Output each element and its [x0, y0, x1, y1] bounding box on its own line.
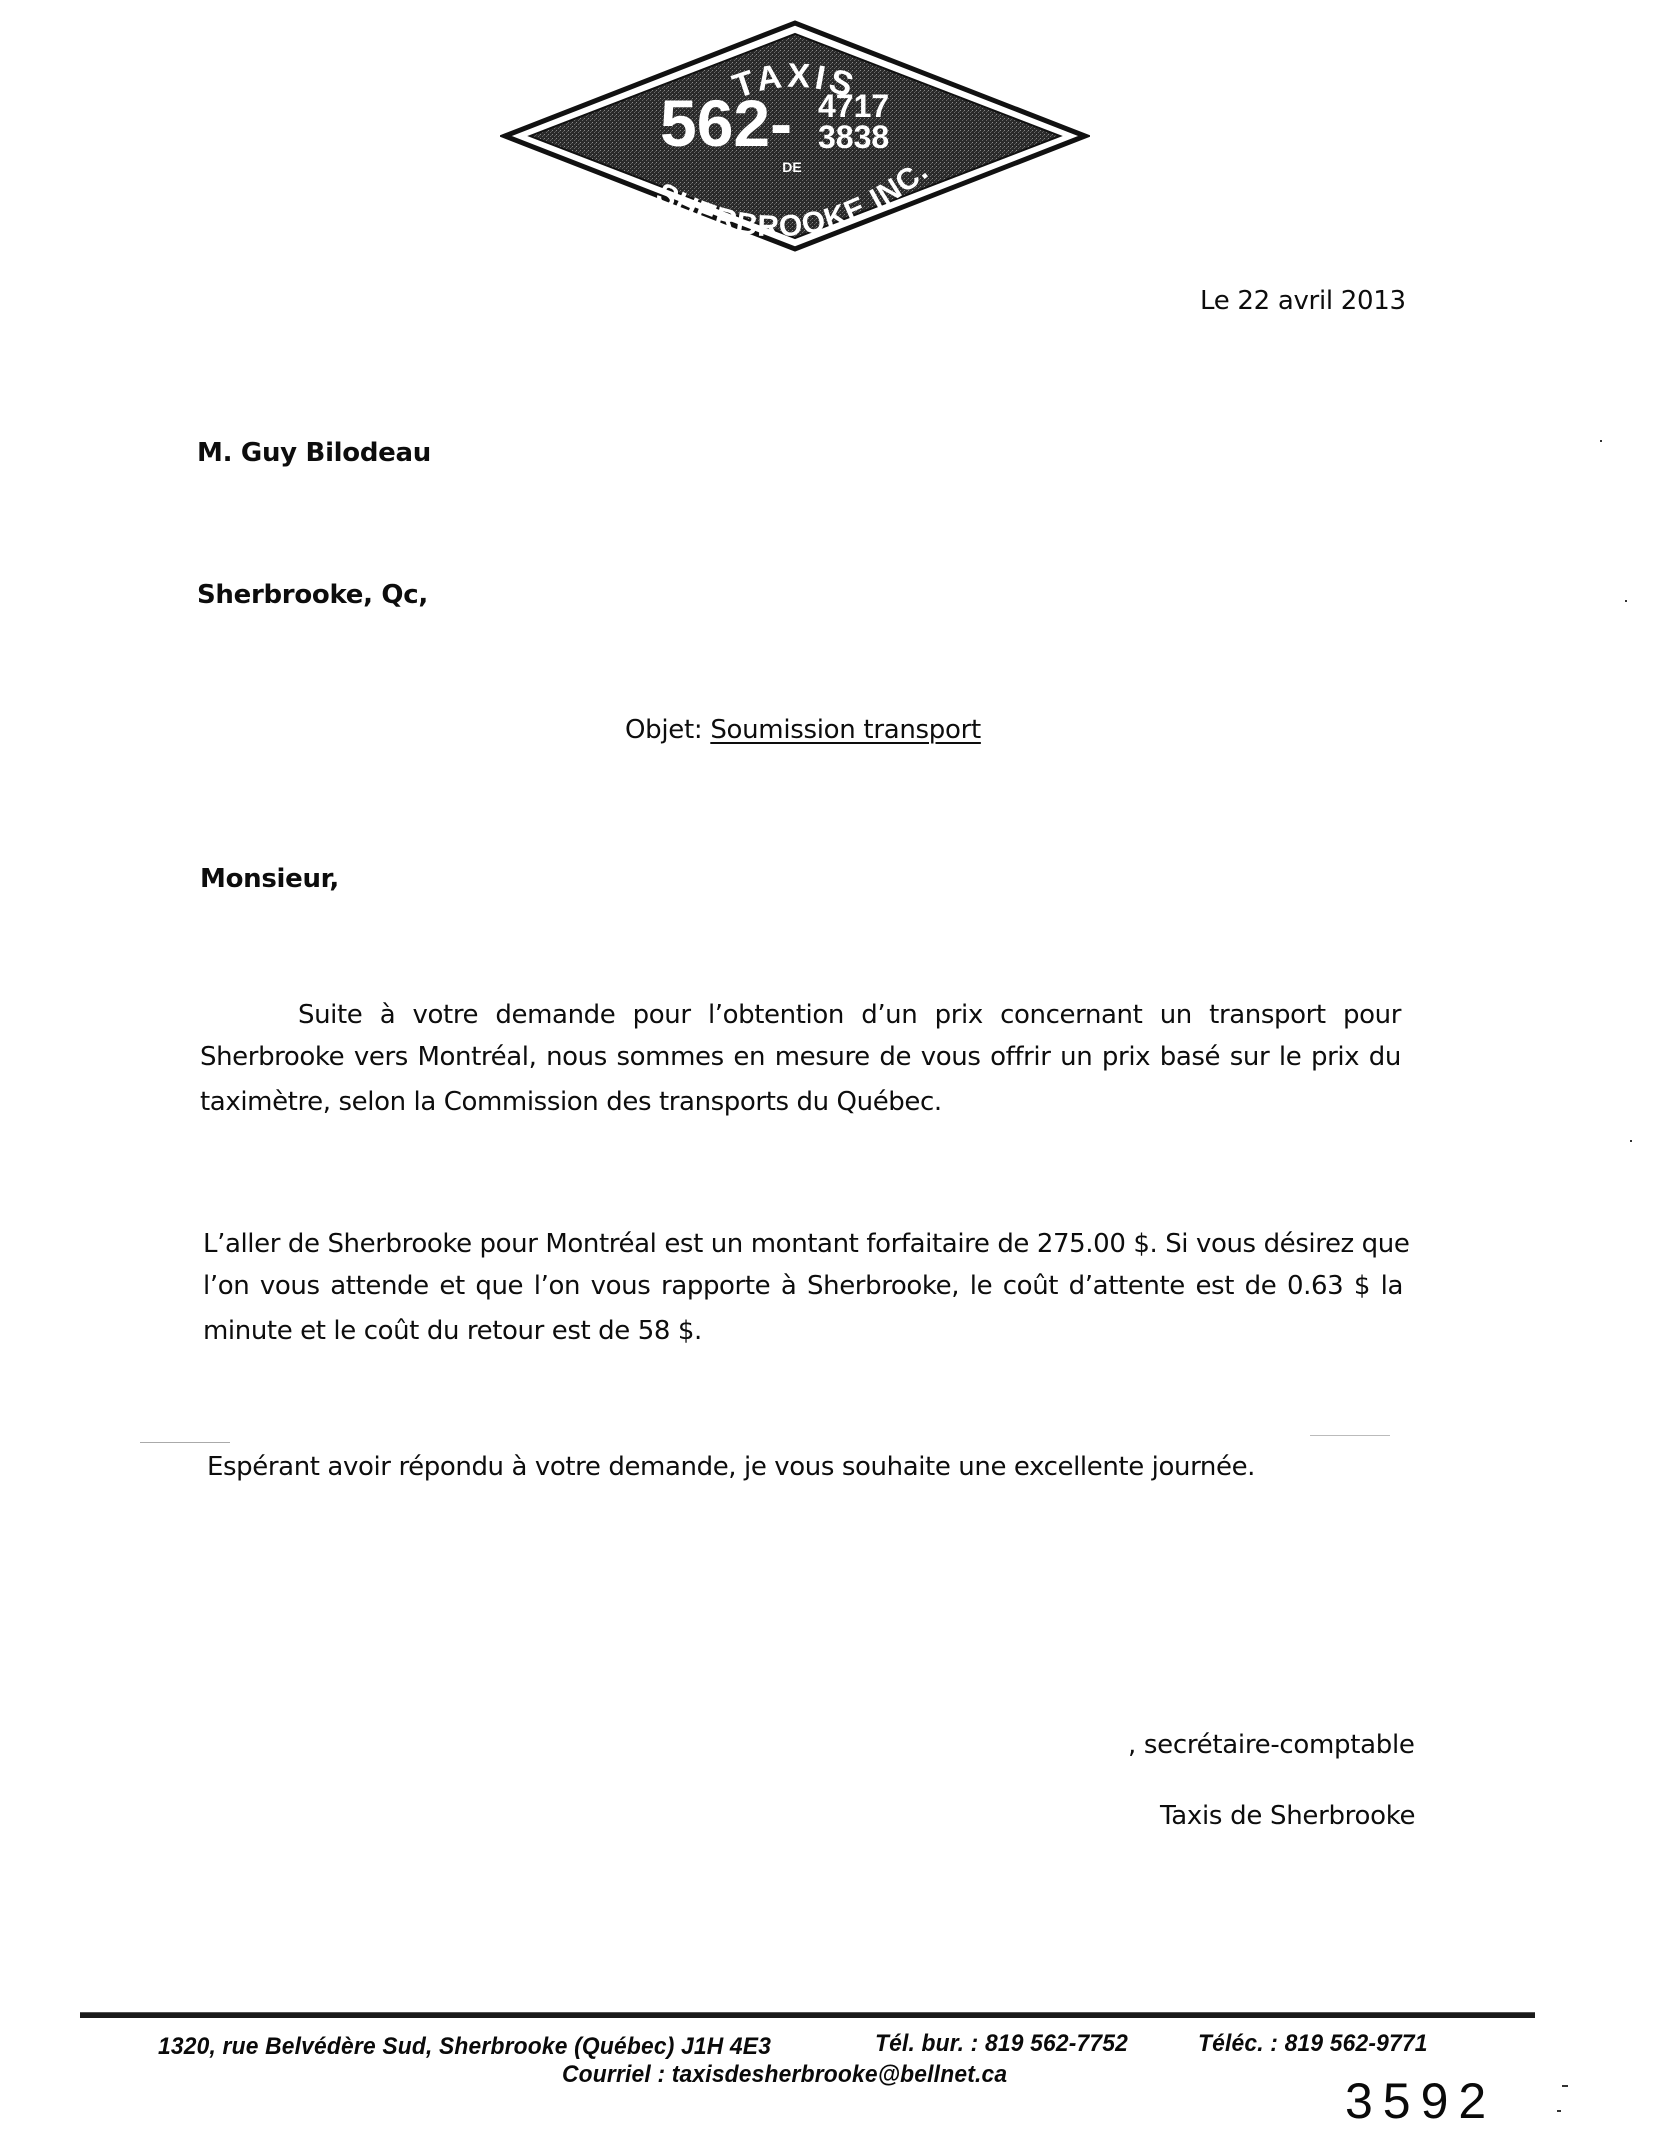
signature-company: Taxis de Sherbrooke [1160, 1803, 1415, 1829]
scan-artifact [140, 1442, 230, 1443]
subject-label: Objet: [625, 715, 702, 745]
logo-phone-2: 3838 [818, 119, 889, 155]
footer-address: 1320, rue Belvédère Sud, Sherbrooke (Qué… [158, 2033, 771, 2061]
subject-value: Soumission transport [710, 715, 981, 745]
footer-phone: Tél. bur. : 819 562-7752 [875, 2030, 1128, 2058]
paragraph-1-line: taximètre, selon la Commission des trans… [200, 1087, 942, 1117]
letter-date: Le 22 avril 2013 [1200, 288, 1406, 314]
logo-phone-prefix: 562- [660, 86, 792, 160]
company-logo: TAXIS 562- 4717 3838 DE SHERBROOKE INC. [500, 18, 1090, 254]
scan-artifact [1600, 440, 1602, 442]
paragraph-1-line: Suite à votre demande pour l’obtention d… [298, 1000, 1401, 1030]
subject-line: Objet: Soumission transport [625, 717, 981, 743]
recipient-city: Sherbrooke, Qc, [197, 582, 428, 608]
signature-title: , secrétaire-comptable [1128, 1732, 1415, 1758]
scan-artifact [1557, 2110, 1561, 2112]
paragraph-2-line: l’on vous attende et que l’on vous rappo… [203, 1271, 1403, 1301]
footer-email: Courriel : taxisdesherbrooke@bellnet.ca [562, 2061, 1007, 2089]
paragraph-2-line: minute et le coût du retour est de 58 $. [203, 1316, 702, 1346]
salutation: Monsieur, [200, 866, 339, 892]
logo-de: DE [782, 159, 801, 175]
footer-divider [80, 2012, 1535, 2018]
closing-line: Espérant avoir répondu à votre demande, … [207, 1452, 1255, 1482]
scan-artifact [1310, 1435, 1390, 1436]
scan-artifact [1625, 600, 1627, 602]
scan-artifact [1562, 2085, 1568, 2087]
paragraph-2-line: L’aller de Sherbrooke pour Montréal est … [203, 1229, 1403, 1259]
footer-fax: Téléc. : 819 562-9771 [1198, 2030, 1428, 2058]
recipient-name: M. Guy Bilodeau [197, 440, 431, 466]
paragraph-1-line: Sherbrooke vers Montréal, nous sommes en… [200, 1042, 1401, 1072]
scan-artifact [1630, 1140, 1632, 1142]
document-stamp-number: 3592 [1345, 2072, 1496, 2130]
